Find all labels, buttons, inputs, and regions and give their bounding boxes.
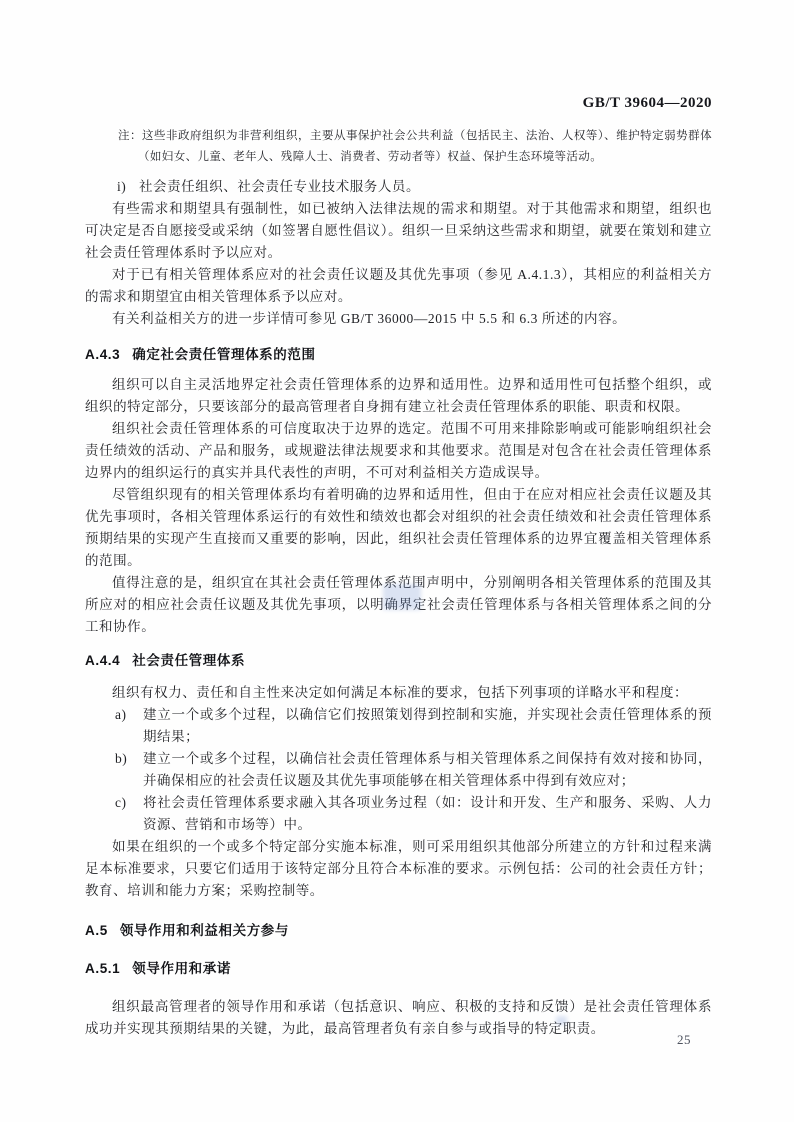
list-item-i: i) 社会责任组织、社会责任专业技术服务人员。 [117,176,712,198]
standard-code-header: GB/T 39604—2020 [583,95,712,112]
note-label: 注： [118,130,142,142]
section-number: A.4.4 [85,653,120,668]
paragraph: 组织最高管理者的领导作用和承诺（包括意识、响应、积极的支持和反馈）是社会责任管理… [85,996,712,1040]
section-heading-a43: A.4.3确定社会责任管理体系的范围 [85,344,712,366]
note-text: 这些非政府组织为非营利组织，主要从事保护社会公共利益（包括民主、法治、人权等）、… [138,130,712,163]
paragraph: 组织有权力、责任和自主性来决定如何满足本标准的要求，包括下列事项的详略水平和程度… [85,682,712,704]
list-item-a-text: 建立一个或多个过程，以确信它们按照策划得到控制和实施，并实现社会责任管理体系的预… [143,704,712,748]
paragraph: 有关利益相关方的进一步详情可参见 GB/T 36000—2015 中 5.5 和… [85,308,712,330]
section-number: A.5.1 [85,961,120,976]
paragraph: 值得注意的是，组织宜在其社会责任管理体系范围声明中，分别阐明各相关管理体系的范围… [85,572,712,638]
list-marker-a: a) [115,704,143,726]
list-item-b-text: 建立一个或多个过程，以确信社会责任管理体系与相关管理体系之间保持有效对接和协同，… [143,748,712,792]
section-heading-a44: A.4.4社会责任管理体系 [85,650,712,672]
note-paragraph: 注：这些非政府组织为非营利组织，主要从事保护社会公共利益（包括民主、法治、人权等… [118,126,712,168]
list-marker-b: b) [115,748,143,770]
section-heading-a51: A.5.1领导作用和承诺 [85,958,712,980]
section-number: A.4.3 [85,347,120,362]
paragraph: 组织社会责任管理体系的可信度取决于边界的选定。范围不可用来排除影响或可能影响组织… [85,418,712,484]
list-item-b: b) 建立一个或多个过程，以确信社会责任管理体系与相关管理体系之间保持有效对接和… [115,748,712,792]
paragraph: 如果在组织的一个或多个特定部分实施本标准，则可采用组织其他部分所建立的方针和过程… [85,836,712,902]
paragraph: 组织可以自主灵活地界定社会责任管理体系的边界和适用性。边界和适用性可包括整个组织… [85,374,712,418]
section-title: 确定社会责任管理体系的范围 [132,347,315,362]
list-marker-i: i) [117,176,139,198]
section-title: 领导作用和利益相关方参与 [120,923,289,938]
paragraph: 尽管组织现有的相关管理体系均有着明确的边界和适用性，但由于在应对相应社会责任议题… [85,484,712,572]
page-content: 注：这些非政府组织为非营利组织，主要从事保护社会公共利益（包括民主、法治、人权等… [85,126,712,1040]
paragraph: 对于已有相关管理体系应对的社会责任议题及其优先事项（参见 A.4.1.3），其相… [85,264,712,308]
section-number: A.5 [85,923,108,938]
section-title: 领导作用和承诺 [132,961,231,976]
list-item-a: a) 建立一个或多个过程，以确信它们按照策划得到控制和实施，并实现社会责任管理体… [115,704,712,748]
list-item-c: c) 将社会责任管理体系要求融入其各项业务过程（如：设计和开发、生产和服务、采购… [115,792,712,836]
list-marker-c: c) [115,792,143,814]
section-title: 社会责任管理体系 [132,653,245,668]
list-item-c-text: 将社会责任管理体系要求融入其各项业务过程（如：设计和开发、生产和服务、采购、人力… [143,792,712,836]
list-item-i-text: 社会责任组织、社会责任专业技术服务人员。 [139,176,712,198]
page-number: 25 [677,1032,691,1048]
paragraph: 有些需求和期望具有强制性，如已被纳入法律法规的需求和期望。对于其他需求和期望，组… [85,198,712,264]
section-heading-a5: A.5领导作用和利益相关方参与 [85,920,712,942]
document-page: GB/T 39604—2020 注：这些非政府组织为非营利组织，主要从事保护社会… [0,0,794,1122]
